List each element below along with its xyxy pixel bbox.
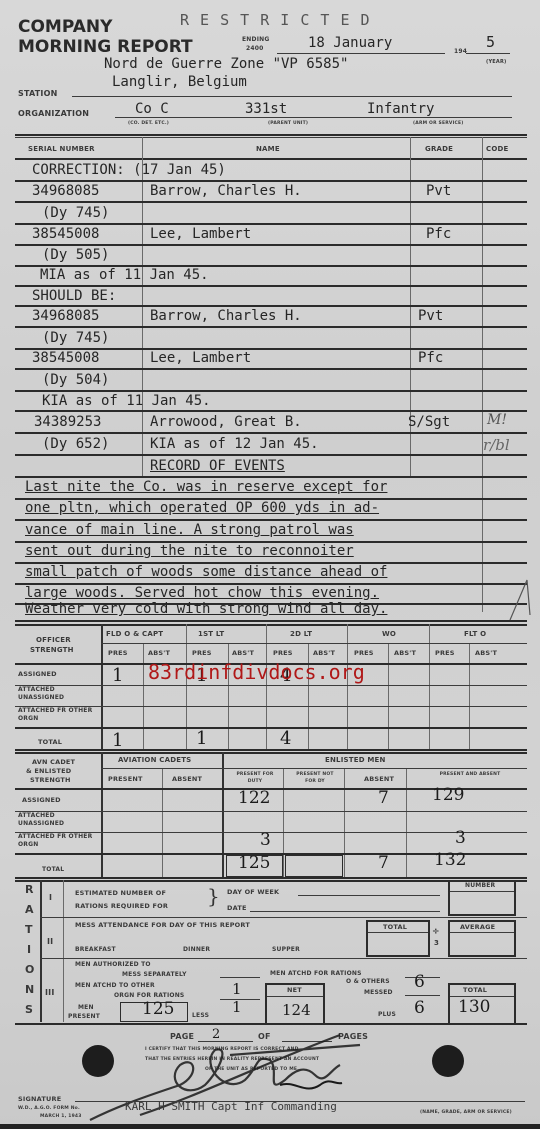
handwritten-code: r/bl	[483, 436, 510, 454]
officer-group-header: FLT O	[464, 630, 486, 638]
status-remark: KIA as of 11 Jan 45.	[42, 393, 211, 409]
net-label: NET	[287, 986, 302, 994]
row-label-attached-unassigned: ATTACHED UNASSIGNED	[18, 812, 98, 828]
others-messed-value: 6	[414, 972, 425, 992]
handwritten-code: M!	[487, 412, 507, 428]
officer-total-value: 4	[280, 728, 291, 749]
signature-icon	[80, 1025, 400, 1129]
col-present-for-duty: PRESENT FOR DUTY	[230, 771, 280, 785]
brace-icon: }	[207, 884, 220, 908]
enlisted-title: STRENGTH	[30, 776, 71, 784]
row-label-assigned: ASSIGNED	[22, 796, 61, 804]
total-pndy-box	[285, 855, 343, 877]
watermark-text: 83rdinfdivdocs.org	[148, 660, 365, 684]
personnel-row: CORRECTION: (17 Jan 45)	[32, 162, 226, 178]
report-year: 5	[486, 33, 495, 51]
men-present-label-2: PRESENT	[68, 1013, 100, 1020]
location-line: Nord de Guerre Zone "VP 6585"	[104, 56, 348, 72]
enlisted-total-pdy: 125	[238, 853, 270, 873]
men-atchd-rations-label: MEN ATCHD FOR RATIONS	[270, 970, 362, 977]
org-parent-caption: (PARENT UNIT)	[268, 121, 308, 126]
row-label-attached-unassigned: ATTACHED UNASSIGNED	[18, 686, 98, 702]
sub-header-abst: ABS'T	[148, 649, 170, 657]
soldier-name: Lee, Lambert	[150, 226, 251, 242]
serial-number: 34389253	[34, 414, 101, 430]
duty-code: (Dy 504)	[42, 372, 109, 388]
col-header-name: NAME	[256, 145, 280, 153]
station-value: Langlir, Belgium	[112, 74, 247, 90]
org-parent-unit: 331st	[245, 101, 287, 117]
men-present-value: 125	[142, 999, 174, 1019]
officer-group-header: WO	[382, 630, 396, 638]
officer-assigned-value: 1	[112, 665, 123, 686]
others-messed-label-1: O & OTHERS	[346, 978, 390, 985]
officer-strength-title-1: OFFICER	[36, 636, 71, 644]
enlisted-title: AVN CADET	[32, 758, 75, 766]
soldier-grade: Pvt	[418, 308, 443, 324]
net-value: 124	[282, 1001, 311, 1019]
section-2-numeral: II	[47, 937, 53, 946]
organization-label: ORGANIZATION	[18, 109, 89, 118]
rations-letter: S	[25, 1003, 33, 1016]
org-arm-caption: (ARM OR SERVICE)	[413, 121, 463, 126]
mess-attendance-label: MESS ATTENDANCE FOR DAY OF THIS REPORT	[75, 921, 250, 929]
col-header-code: CODE	[486, 145, 508, 153]
pen-mark-icon	[505, 575, 535, 625]
col-absent: ABSENT	[172, 775, 202, 783]
less-value: 1	[232, 998, 242, 1016]
officer-total-value: 1	[196, 728, 207, 749]
form-title-line2: MORNING REPORT	[18, 37, 193, 57]
soldier-name: Arrowood, Great B.	[150, 414, 302, 430]
rations-total-value: 130	[458, 997, 490, 1017]
serial-number: 38545008	[32, 350, 99, 366]
rations-letter: O	[25, 963, 35, 976]
soldier-grade: Pvt	[426, 183, 451, 199]
soldier-grade: Pfc	[426, 226, 451, 242]
row-label-attached-other: ATTACHED FR OTHER ORGN	[18, 833, 98, 849]
rations-letter: T	[25, 923, 33, 936]
section-1-numeral: I	[49, 893, 52, 902]
officer-total-value: 1	[112, 730, 123, 751]
serial-number: 34968085	[32, 183, 99, 199]
enlisted-total-absent: 7	[378, 853, 389, 873]
org-company: Co C	[135, 101, 169, 117]
row-label-attached-other: ATTACHED FR OTHER ORGN	[18, 707, 98, 723]
plus-label: PLUS	[378, 1011, 396, 1018]
number-label: NUMBER	[465, 882, 495, 889]
soldier-grade: Pfc	[418, 350, 443, 366]
serial-number: 38545008	[32, 226, 99, 242]
sub-header-abst: ABS'T	[475, 649, 497, 657]
supper-label: SUPPER	[272, 946, 300, 953]
enlisted-assigned-pdy: 122	[238, 788, 270, 808]
col-header-serial: SERIAL NUMBER	[28, 145, 95, 153]
section-3-numeral: III	[45, 988, 55, 997]
personnel-row: SHOULD BE:	[32, 288, 116, 304]
status-remark: MIA as of 11 Jan 45.	[40, 267, 209, 283]
soldier-name: Barrow, Charles H.	[150, 183, 302, 199]
duty-code: (Dy 652)	[42, 436, 109, 452]
breakfast-label: BREAKFAST	[75, 946, 116, 953]
col-present-and-absent: PRESENT AND ABSENT	[430, 771, 510, 778]
sub-header-abst: ABS'T	[232, 649, 254, 657]
typed-signer-name: KARL H SMITH Capt Inf Commanding	[125, 1100, 337, 1113]
officer-group-header: FLD O & CAPT	[106, 630, 163, 638]
enlisted-assigned-absent: 7	[378, 788, 389, 808]
col-present-not-for-duty: PRESENT NOT FOR DY	[290, 771, 340, 785]
rations-letter: N	[25, 983, 34, 996]
col-header-grade: GRADE	[425, 145, 453, 153]
rations-required-label-2: RATIONS REQUIRED FOR	[75, 902, 168, 910]
morning-report-document: COMPANY MORNING REPORT R E S T R I C T E…	[0, 0, 540, 1129]
record-line: large woods. Served hot chow this evenin…	[25, 585, 379, 601]
sub-header-pres: PRES	[273, 649, 293, 657]
record-line: Last nite the Co. was in reserve except …	[25, 479, 387, 495]
officer-strength-title-2: STRENGTH	[30, 646, 74, 654]
record-line: one pltn, which operated OP 600 yds in a…	[25, 500, 379, 516]
col-enlisted-absent: ABSENT	[364, 775, 394, 783]
rations-total-label: TOTAL	[463, 986, 487, 994]
ending-label: ENDING	[242, 36, 269, 43]
atchd-other-label-1: MEN ATCHD TO OTHER	[75, 982, 155, 989]
signature-label: SIGNATURE	[18, 1095, 61, 1103]
form-number-line-2: MARCH 1, 1943	[40, 1114, 82, 1119]
status-remark: KIA as of 12 Jan 45.	[150, 436, 319, 452]
mess-total-label: TOTAL	[383, 923, 407, 931]
sub-header-pres: PRES	[354, 649, 374, 657]
col-present: PRESENT	[108, 775, 143, 783]
rations-letter: I	[27, 943, 31, 956]
duty-code: (Dy 745)	[42, 205, 109, 221]
rations-letter: R	[25, 883, 34, 896]
enlisted-attached-total: 3	[455, 828, 466, 848]
rations-required-label-1: ESTIMATED NUMBER OF	[75, 889, 166, 897]
record-line: small patch of woods some distance ahead…	[25, 564, 387, 580]
enlisted-total-overall: 132	[434, 850, 466, 870]
row-label-assigned: ASSIGNED	[18, 670, 57, 678]
year-caption: (YEAR)	[486, 59, 507, 65]
serial-number: 34968085	[32, 308, 99, 324]
enlisted-title: & ENLISTED	[26, 767, 71, 775]
name-caption: (NAME, GRADE, ARM OR SERVICE)	[420, 1110, 512, 1115]
duty-code: (Dy 745)	[42, 330, 109, 346]
plus-value: 6	[414, 998, 425, 1018]
sub-header-pres: PRES	[435, 649, 455, 657]
less-label: LESS	[192, 1012, 209, 1019]
dinner-label: DINNER	[183, 946, 210, 953]
divide-by: 3	[434, 939, 439, 947]
divide-sign: ÷	[432, 927, 440, 937]
ending-time-label: 2400	[246, 45, 264, 52]
soldier-grade: S/Sgt	[408, 414, 450, 430]
atchd-other-value: 1	[232, 980, 242, 998]
sub-header-abst: ABS'T	[394, 649, 416, 657]
officer-group-header: 2D LT	[290, 630, 312, 638]
rations-letter: A	[25, 903, 34, 916]
form-title-line1: COMPANY	[18, 17, 112, 37]
org-arm-service: Infantry	[367, 101, 434, 117]
others-messed-label-2: MESSED	[364, 989, 393, 996]
duty-code: (Dy 505)	[42, 247, 109, 263]
soldier-name: Barrow, Charles H.	[150, 308, 302, 324]
average-label: AVERAGE	[460, 923, 495, 931]
enlisted-assigned-total: 129	[432, 785, 464, 805]
row-label-total: TOTAL	[38, 738, 62, 746]
binder-hole-right	[432, 1045, 464, 1077]
mess-separately-label-1: MEN AUTHORIZED TO	[75, 961, 151, 968]
enlisted-men-header: ENLISTED MEN	[325, 756, 386, 764]
aviation-cadets-header: AVIATION CADETS	[118, 756, 191, 764]
date-label: DATE	[227, 904, 247, 912]
record-line: vance of main line. A strong patrol was	[25, 522, 354, 538]
report-date: 18 January	[308, 35, 392, 51]
sub-header-pres: PRES	[192, 649, 212, 657]
station-label: STATION	[18, 89, 58, 98]
day-of-week-label: DAY OF WEEK	[227, 888, 279, 896]
soldier-name: Lee, Lambert	[150, 350, 251, 366]
men-present-label-1: MEN	[78, 1004, 94, 1011]
sub-header-abst: ABS'T	[313, 649, 335, 657]
atchd-other-label-2: ORGN FOR RATIONS	[114, 992, 184, 999]
mess-separately-label-2: MESS SEPARATELY	[122, 971, 187, 978]
scan-edge	[0, 1124, 540, 1129]
org-company-caption: (CO. DET. ETC.)	[128, 121, 169, 126]
sub-header-pres: PRES	[108, 649, 128, 657]
officer-group-header: 1ST LT	[198, 630, 224, 638]
row-label-total: TOTAL	[42, 866, 64, 873]
record-of-events-heading: RECORD OF EVENTS	[150, 458, 285, 474]
record-line: Weather very cold with strong wind all d…	[25, 601, 387, 617]
enlisted-attached-pdy: 3	[260, 830, 271, 850]
record-line: sent out during the nite to reconnoiter	[25, 543, 354, 559]
form-number-line-1: W.D., A.G.O. FORM No.	[18, 1106, 80, 1111]
classification-stamp: R E S T R I C T E D	[180, 11, 371, 29]
